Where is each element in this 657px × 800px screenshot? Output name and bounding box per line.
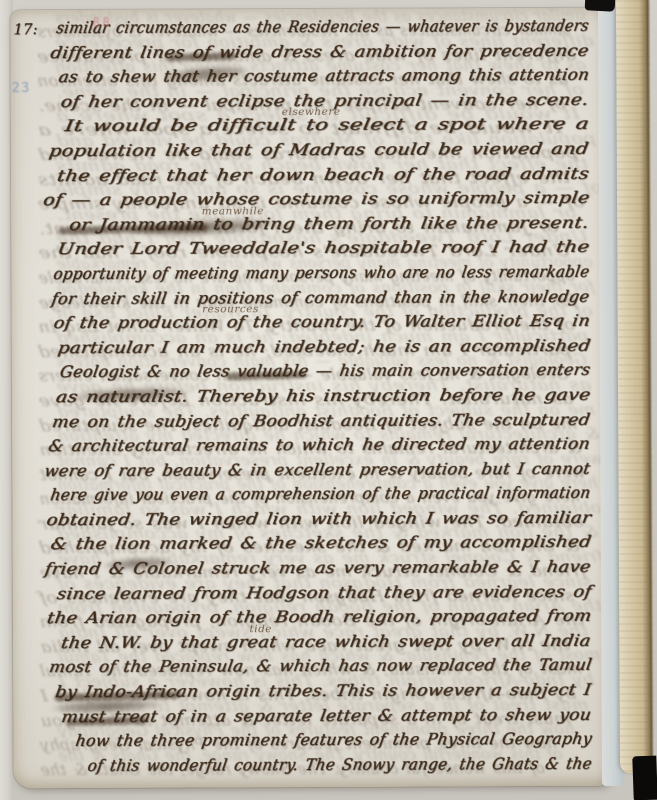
- manuscript-line: how the three prominent features of the …: [31, 729, 606, 756]
- interline-word: elsewhere: [282, 106, 341, 118]
- manuscript-line: different lines of wide dress & ambition…: [28, 40, 603, 67]
- manuscript-line: here give you even a comprehension of th…: [30, 483, 605, 510]
- manuscript-line: Geologist & no less valuable — his main …: [30, 360, 605, 387]
- manuscript-line: friend & Colonel struck me as very remar…: [31, 557, 606, 584]
- manuscript-text: similar circumstances as the Residencies…: [28, 16, 606, 789]
- manuscript-line: obtained. The winged lion with which I w…: [30, 508, 605, 535]
- manuscript-scan: 17: 88 23 similar circumstances as the R…: [0, 0, 657, 800]
- manuscript-page: 17: 88 23 similar circumstances as the R…: [10, 8, 610, 789]
- manuscript-line: the Arian origin of the Boodh religion, …: [31, 606, 606, 633]
- interline-word: resources: [202, 303, 259, 315]
- manuscript-line: particular I am much indebted; he is an …: [30, 335, 605, 362]
- manuscript-line: population like that of Madras could be …: [29, 139, 604, 166]
- manuscript-line: as to shew that her costume attracts amo…: [29, 65, 604, 92]
- manuscript-line: for their skill in positions of command …: [30, 286, 605, 313]
- manuscript-line: of this wonderful country. The Snowy ran…: [32, 754, 607, 781]
- manuscript-line: by Indo-African origin tribes. This is h…: [31, 680, 606, 707]
- manuscript-line: the N.W. by that great race which swept …: [31, 631, 606, 658]
- manuscript-line: most of the Peninsula, & which has now r…: [31, 655, 606, 682]
- manuscript-line: since learned from Hodgson that they are…: [31, 581, 606, 608]
- book-fore-edge: [616, 0, 654, 773]
- interline-word: tide: [249, 623, 272, 635]
- manuscript-line: me on the subject of Boodhist antiquitie…: [30, 409, 605, 436]
- manuscript-line: Under Lord Tweeddale's hospitable roof I…: [29, 237, 604, 264]
- interline-word: meanwhile: [202, 205, 264, 217]
- manuscript-line: similar circumstances as the Residencies…: [28, 16, 603, 43]
- page-number: 17:: [13, 20, 37, 38]
- manuscript-line: the effect that her down beach of the ro…: [29, 163, 604, 190]
- mount-corner-bottom-icon: [632, 756, 657, 800]
- manuscript-line: & architectural remains to which he dire…: [30, 434, 605, 461]
- manuscript-line: were of rare beauty & in excellent prese…: [30, 458, 605, 485]
- manuscript-line: of the production of the country. To Wal…: [30, 311, 605, 338]
- manuscript-line: of — a people whose costume is so unifor…: [29, 188, 604, 215]
- pink-stamp: 88: [92, 16, 112, 31]
- manuscript-line: & the lion marked & the sketches of my a…: [31, 532, 606, 559]
- blue-stamp: 23: [12, 80, 31, 96]
- mount-corner-top-icon: [585, 0, 616, 12]
- manuscript-line: must treat of in a separate letter & att…: [31, 704, 606, 731]
- strike-through-smear: [166, 52, 235, 61]
- manuscript-line: It would be difficult to select a spot w…: [29, 114, 604, 141]
- manuscript-line: or Jammamin to bring them forth like the…: [29, 212, 604, 239]
- manuscript-line: opportunity of meeting many persons who …: [29, 262, 604, 289]
- manuscript-line: as naturalist. Thereby his instruction b…: [30, 385, 605, 412]
